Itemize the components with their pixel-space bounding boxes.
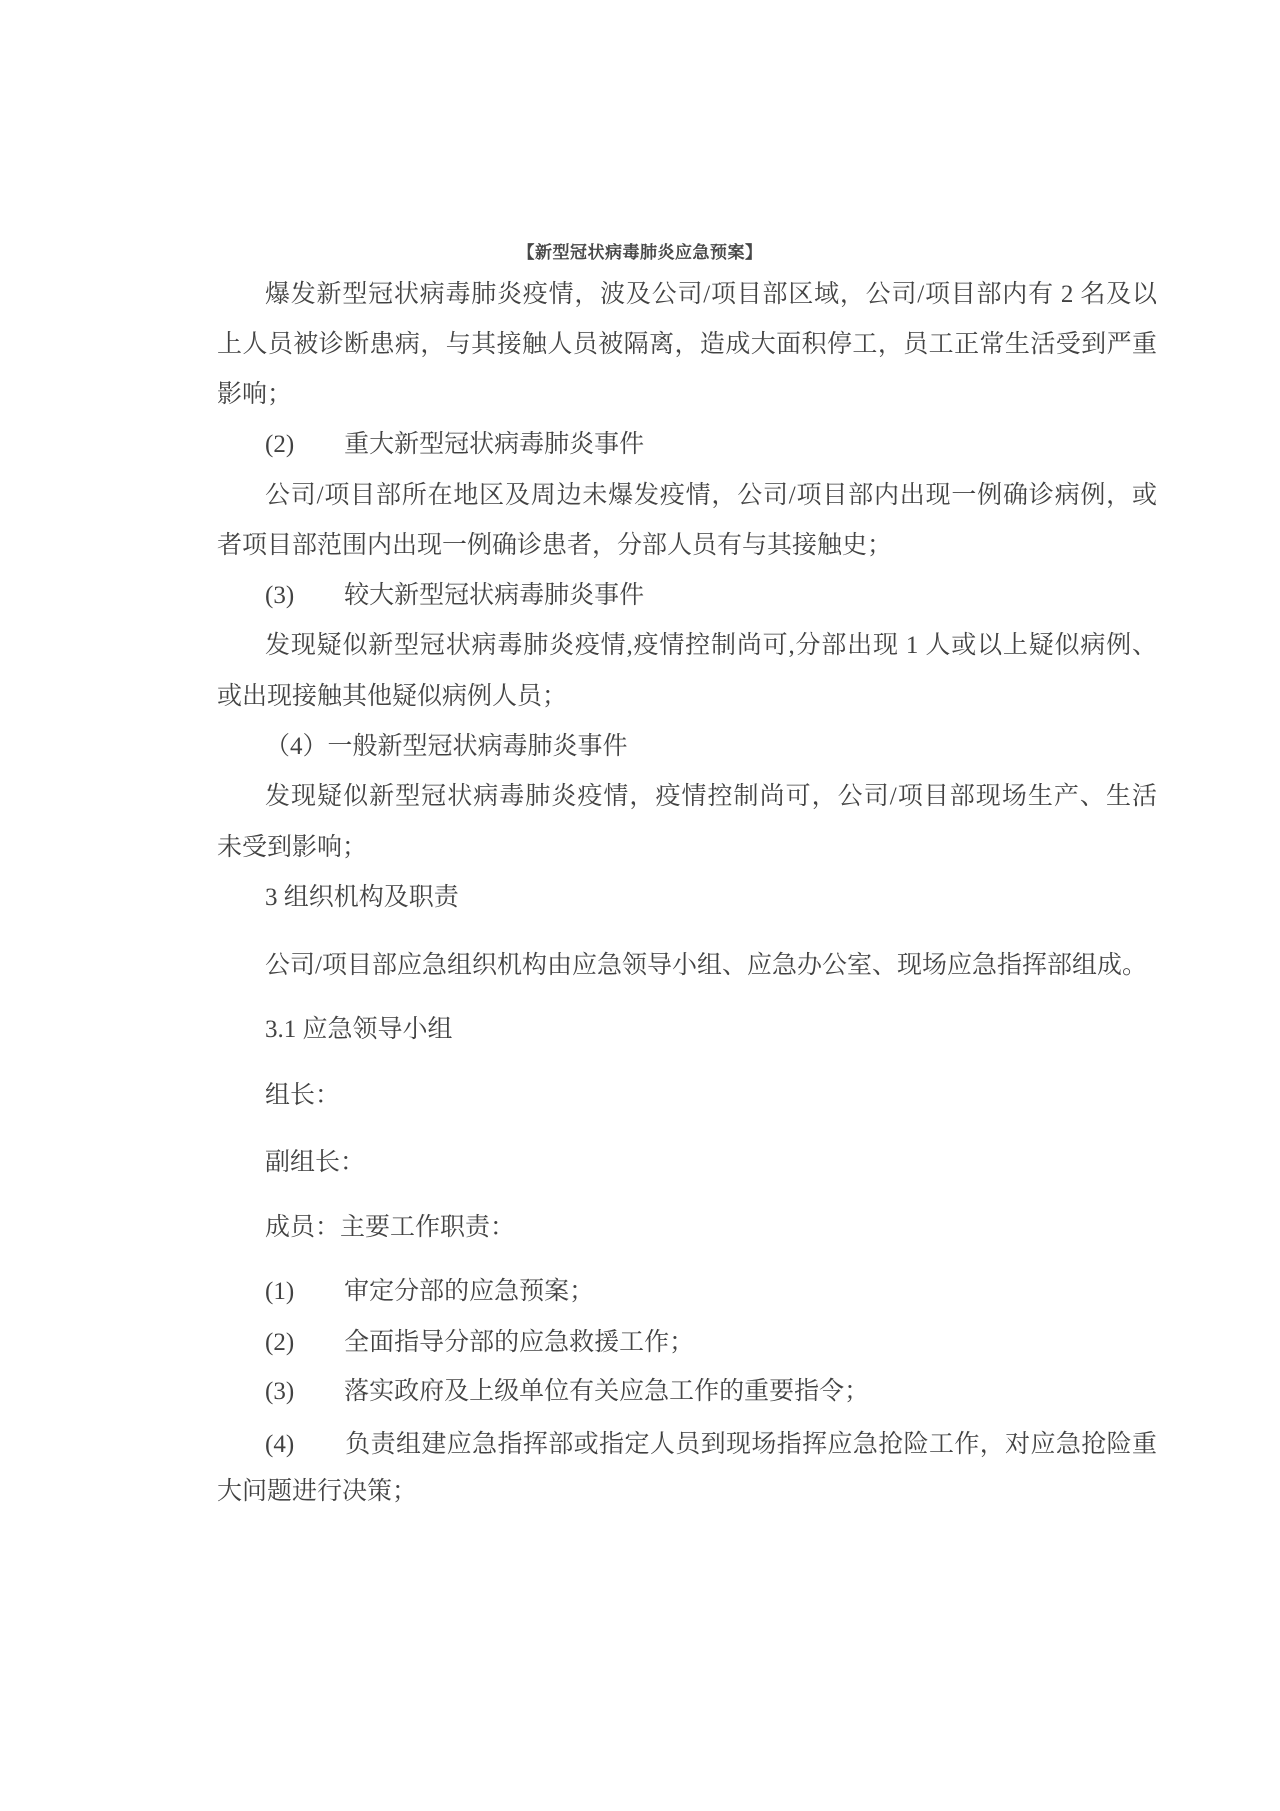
text-line: (1) 审定分部的应急预案； bbox=[265, 1267, 1157, 1317]
text-line: 3.1 应急领导小组 bbox=[265, 1005, 1157, 1055]
text-line: 爆发新型冠状病毒肺炎疫情，波及公司/项目部区域，公司/项目部内有 2 名及以 bbox=[265, 270, 1157, 320]
text-line: (3) 较大新型冠状病毒肺炎事件 bbox=[265, 571, 1157, 621]
text-line: （4）一般新型冠状病毒肺炎事件 bbox=[265, 722, 1157, 772]
document-title: 【新型冠状病毒肺炎应急预案】 bbox=[0, 238, 1280, 263]
text-line: (4) 负责组建应急指挥部或指定人员到现场指挥应急抢险工作，对应急抢险重 bbox=[265, 1420, 1157, 1470]
text-line: 公司/项目部应急组织机构由应急领导小组、应急办公室、现场应急指挥部组成。 bbox=[265, 941, 1157, 991]
text-line: 或出现接触其他疑似病例人员； bbox=[217, 672, 1157, 722]
text-line: 发现疑似新型冠状病毒肺炎疫情，疫情控制尚可，公司/项目部现场生产、生活 bbox=[265, 772, 1157, 822]
text-line: 成员：主要工作职责： bbox=[265, 1203, 1157, 1253]
text-line: 组长： bbox=[265, 1071, 1157, 1121]
text-line: 上人员被诊断患病，与其接触人员被隔离，造成大面积停工，员工正常生活受到严重 bbox=[217, 320, 1157, 370]
text-line: 影响； bbox=[217, 370, 1157, 420]
text-line: (2) 重大新型冠状病毒肺炎事件 bbox=[265, 420, 1157, 470]
text-line: (2) 全面指导分部的应急救援工作； bbox=[265, 1318, 1157, 1368]
text-line: 3 组织机构及职责 bbox=[265, 873, 1157, 923]
text-line: 公司/项目部所在地区及周边未爆发疫情，公司/项目部内出现一例确诊病例，或 bbox=[265, 471, 1157, 521]
text-line: (3) 落实政府及上级单位有关应急工作的重要指令； bbox=[265, 1367, 1157, 1417]
text-line: 发现疑似新型冠状病毒肺炎疫情,疫情控制尚可,分部出现 1 人或以上疑似病例、 bbox=[265, 621, 1157, 671]
text-line: 者项目部范围内出现一例确诊患者，分部人员有与其接触史； bbox=[217, 521, 1157, 571]
text-line: 副组长： bbox=[265, 1138, 1157, 1188]
text-line: 未受到影响； bbox=[217, 823, 1157, 873]
text-line: 大问题进行决策； bbox=[217, 1467, 1157, 1517]
document-page: 【新型冠状病毒肺炎应急预案】 爆发新型冠状病毒肺炎疫情，波及公司/项目部区域，公… bbox=[0, 0, 1280, 1811]
